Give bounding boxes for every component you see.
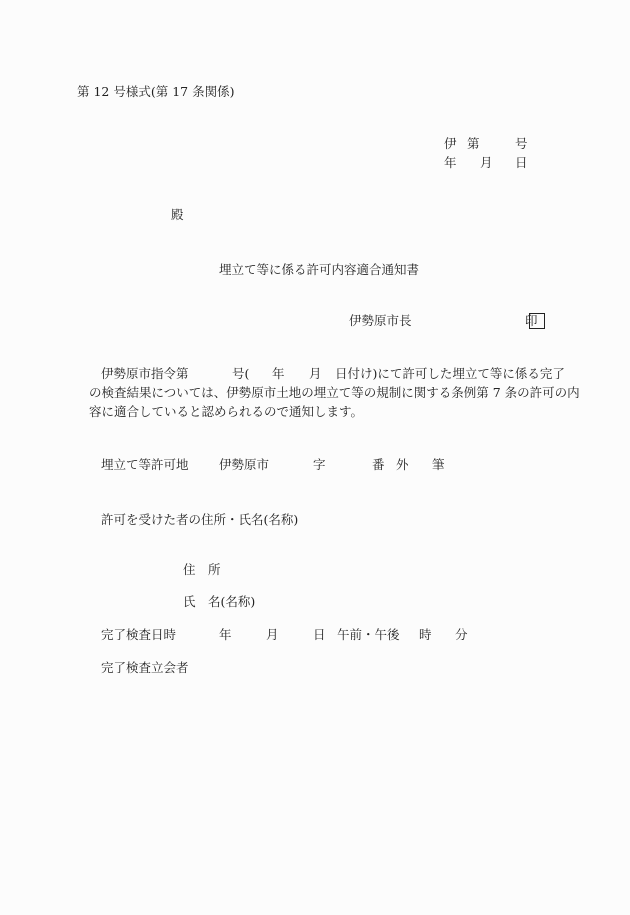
permit-site-hitsu: 筆 [432,457,445,473]
seal-box [529,313,545,329]
body-line1-rest: 日付け)にて許可した埋立て等に係る完了 [335,366,565,382]
body-go-label: 号( [232,366,249,382]
date-year-label: 年 [444,155,457,171]
inspection-month-label: 月 [266,627,279,643]
permit-site-gai: 外 [396,457,409,473]
inspection-datetime-label: 完了検査日時 [101,627,176,643]
reference-go: 号 [515,136,528,152]
body-month-label: 月 [309,366,322,382]
inspection-ampm-label: 午前・午後 [337,627,400,643]
body-year-label: 年 [272,366,285,382]
body-order-number-label: 伊勢原市指令第 [101,366,189,382]
addressee-honorific: 殿 [171,207,184,223]
date-day-label: 日 [515,155,528,171]
reference-prefix: 伊 [444,136,457,152]
body-line2: の検査結果については、伊勢原市土地の埋立て等の規制に関する条例第 7 条の許可の… [89,385,580,401]
body-line3: 容に適合していると認められるので通知します。 [89,404,363,420]
inspection-day-label: 日 [313,627,326,643]
permittee-name-label: 氏 名(名称) [183,594,255,610]
permit-site-city: 伊勢原市 [219,457,269,473]
permit-site-label: 埋立て等許可地 [101,457,189,473]
permittee-address-label: 住 所 [183,562,221,578]
permittee-heading: 許可を受けた者の住所・氏名(名称) [101,512,298,528]
form-number-header: 第 12 号様式(第 17 条関係) [77,84,234,100]
issuer-name: 伊勢原市長 [349,313,412,329]
inspection-minute-label: 分 [455,627,468,643]
inspection-year-label: 年 [219,627,232,643]
reference-dai: 第 [467,136,480,152]
date-month-label: 月 [480,155,493,171]
permit-site-aza: 字 [313,457,326,473]
inspection-witness-label: 完了検査立会者 [101,660,189,676]
inspection-hour-label: 時 [419,627,432,643]
permit-site-ban: 番 [372,457,385,473]
document-title: 埋立て等に係る許可内容適合通知書 [219,262,419,278]
